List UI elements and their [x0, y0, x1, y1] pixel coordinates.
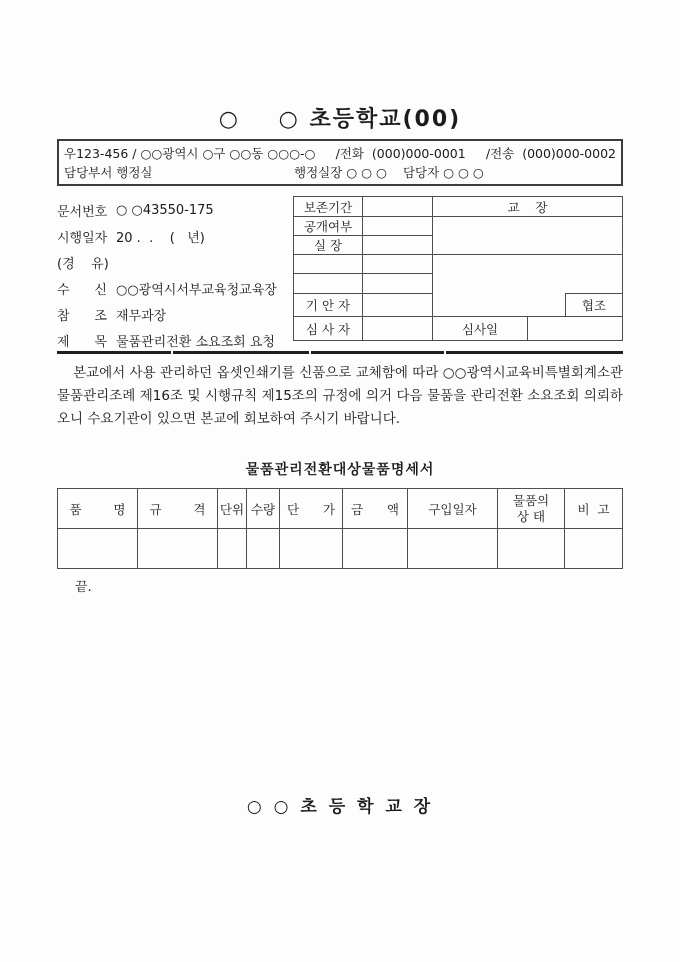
review-date-label-cell: 심사일	[433, 317, 528, 340]
contact-line-2: 담당부서 행정실 행정실장 ○ ○ ○ 담당자 ○ ○ ○	[64, 163, 616, 181]
amount-cell	[343, 529, 408, 568]
issue-date-label: 시행일자	[57, 227, 116, 246]
document-info-block: 문서번호 ○ ○43550-175 시행일자 20 . . ( 년) (경 유)…	[57, 197, 293, 353]
cc-label: 참 조	[57, 305, 116, 324]
reviewer-value-cell	[363, 317, 433, 340]
doc-number-value: ○ ○43550-175	[116, 203, 214, 218]
recipient-row: 수 신 ○○광역시서부교육청교육장	[57, 275, 293, 301]
drafter-signature-area: 협조	[433, 255, 622, 317]
subject-value: 물품관리전환 소요조회 요청	[116, 331, 275, 350]
header-specification: 규 격	[138, 489, 218, 529]
principal-cell: 교 장	[433, 197, 622, 217]
unit-price-cell	[280, 529, 343, 568]
contact-line-1: 우123-456 / ○○광역시 ○구 ○○동 ○○○-○ /전화 (000)0…	[64, 144, 616, 162]
empty-label-cell-2	[294, 274, 363, 294]
purchase-date-cell	[408, 529, 498, 568]
phone-text: /전화 (000)000-0001	[336, 144, 466, 162]
approval-stamp-table: 보존기간 교 장 공개여부 실 장 협조 기 안 자 심 사 자 심사일	[293, 196, 623, 341]
drafter-value-cell	[363, 294, 433, 317]
items-table-title: 물품관리전환대상물품명세서	[0, 459, 680, 479]
retention-period-label-cell: 보존기간	[294, 197, 363, 217]
chief-label-cell: 실 장	[294, 236, 363, 255]
divider-segment	[311, 351, 444, 354]
signature-line: ○ ○ 초 등 학 교 장	[0, 792, 680, 817]
closing-mark: 끝.	[75, 576, 92, 595]
issue-date-value: 20 . . ( 년)	[116, 227, 205, 246]
fax-text: /전송 (000)000-0002	[486, 144, 616, 162]
header-remarks: 비 고	[565, 489, 622, 529]
header-item-name: 품 명	[58, 489, 138, 529]
header-item-condition: 물품의 상 태	[498, 489, 565, 529]
department-text: 담당부서 행정실	[64, 163, 294, 181]
empty-label-cell-1	[294, 255, 363, 274]
empty-value-cell-2	[363, 274, 433, 294]
cc-value: 재무과장	[116, 305, 166, 324]
issue-date-row: 시행일자 20 . . ( 년)	[57, 223, 293, 249]
item-condition-cell	[498, 529, 565, 568]
via-row: (경 유)	[57, 249, 293, 275]
body-paragraph: 본교에서 사용 관리하던 옵셋인쇄기를 신품으로 교체함에 따라 ○○광역시교육…	[57, 362, 623, 431]
unit-cell	[218, 529, 247, 568]
via-label: (경 유)	[57, 253, 116, 272]
doc-number-label: 문서번호	[57, 201, 116, 220]
contact-info-box: 우123-456 / ○○광역시 ○구 ○○동 ○○○-○ /전화 (000)0…	[57, 139, 623, 186]
office-head-text: 행정실장 ○ ○ ○	[294, 163, 387, 181]
disclosure-value-cell	[363, 217, 433, 236]
divider-segment	[173, 351, 309, 354]
item-name-cell	[58, 529, 138, 568]
section-divider-rule	[57, 351, 623, 354]
recipient-value: ○○광역시서부교육청교육장	[116, 279, 277, 298]
cc-row: 참 조 재무과장	[57, 301, 293, 327]
header-unit-price: 단 가	[280, 489, 343, 529]
manager-text: 담당자 ○ ○ ○	[403, 163, 484, 181]
disclosure-label-cell: 공개여부	[294, 217, 363, 236]
chief-value-cell	[363, 236, 433, 255]
divider-segment	[446, 351, 623, 354]
recipient-label: 수 신	[57, 279, 116, 298]
postal-address-text: 우123-456 / ○○광역시 ○구 ○○동 ○○○-○	[64, 144, 315, 162]
doc-number-row: 문서번호 ○ ○43550-175	[57, 197, 293, 223]
header-amount: 금 액	[343, 489, 408, 529]
subject-row: 제 목 물품관리전환 소요조회 요청	[57, 327, 293, 353]
header-unit: 단위	[218, 489, 247, 529]
quantity-cell	[247, 529, 280, 568]
empty-value-cell-1	[363, 255, 433, 274]
drafter-label-cell: 기 안 자	[294, 294, 363, 317]
principal-signature-area	[433, 217, 622, 255]
cooperation-cell: 협조	[565, 293, 622, 316]
review-date-value-cell	[528, 317, 622, 340]
divider-segment	[57, 351, 171, 354]
reviewer-label-cell: 심 사 자	[294, 317, 363, 340]
remarks-cell	[565, 529, 622, 568]
page-title: ○ ○ 초등학교(00)	[0, 102, 680, 133]
retention-period-value-cell	[363, 197, 433, 217]
header-quantity: 수량	[247, 489, 280, 529]
subject-label: 제 목	[57, 331, 116, 350]
items-specification-table: 품 명 규 격 단위 수량 단 가 금 액 구입일자 물품의 상 태 비 고	[57, 488, 623, 569]
official-document-page: ○ ○ 초등학교(00) 우123-456 / ○○광역시 ○구 ○○동 ○○○…	[0, 0, 680, 962]
header-remarks-text: 비 고	[577, 500, 609, 518]
specification-cell	[138, 529, 218, 568]
header-purchase-date: 구입일자	[408, 489, 498, 529]
